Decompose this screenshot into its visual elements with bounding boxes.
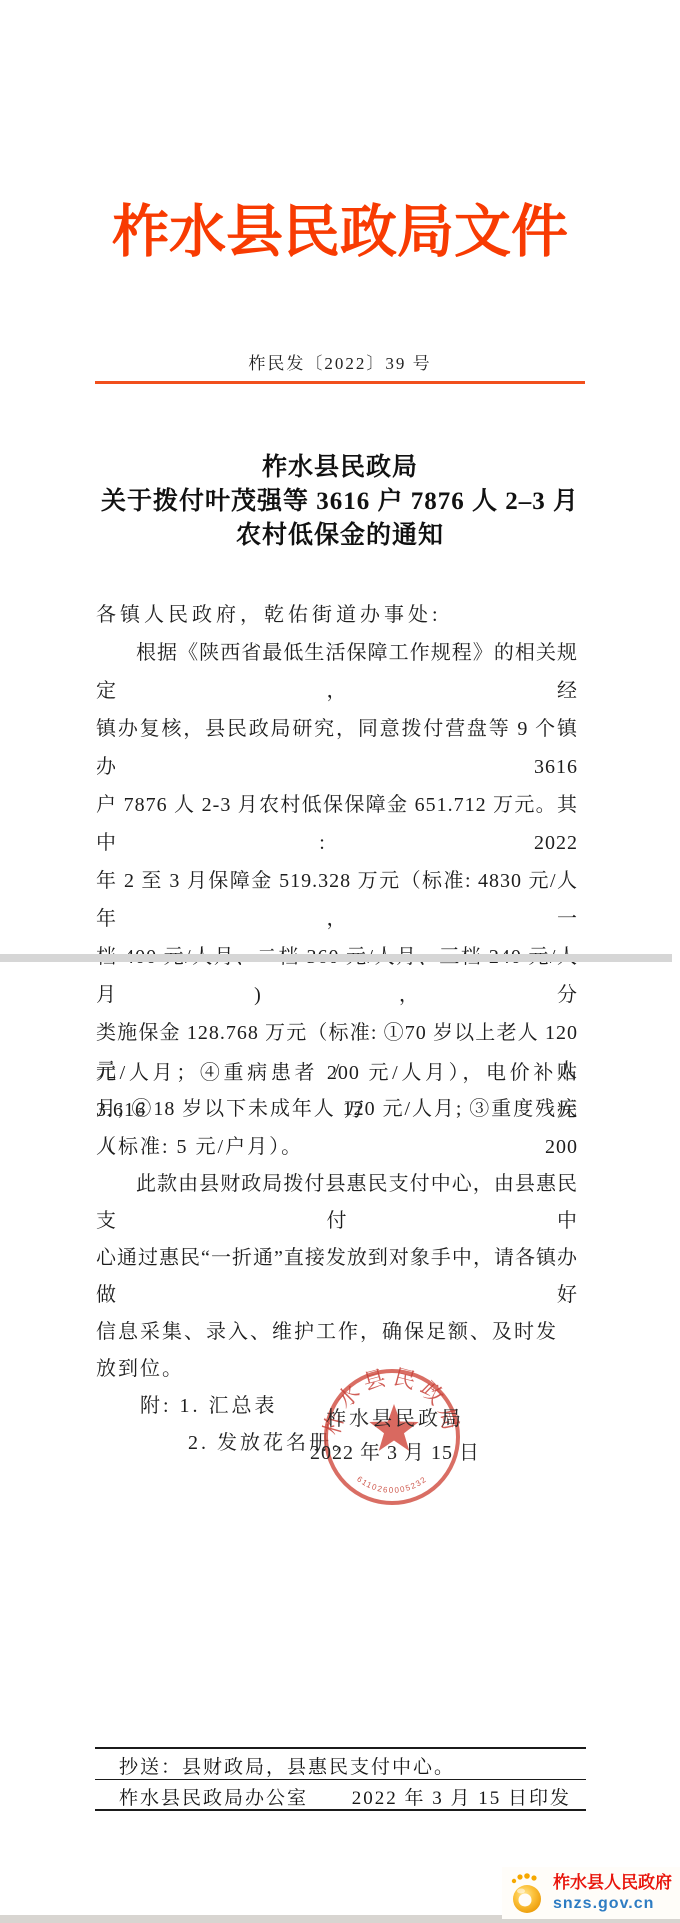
- gov-logo-foot-icon: [507, 1871, 547, 1917]
- body-line: 户 7876 人 2-3 月农村低保保障金 651.712 万元。其中: 202…: [96, 786, 578, 862]
- masthead-title: 柞水县民政局文件: [0, 186, 680, 268]
- seal-serial-number: 6110260005232: [355, 1475, 429, 1495]
- body-line: 档 400 元/人月、二档 360 元/人月、三档 240 元/人月)，分: [96, 938, 578, 1014]
- page-separator: [0, 954, 672, 962]
- site-domain[interactable]: snzs.gov.cn: [553, 1893, 672, 1914]
- document-title-line: 农村低保金的通知: [0, 519, 680, 553]
- body-line: 心通过惠民“一折通”直接发放到对象手中，请各镇办做好: [96, 1240, 578, 1314]
- body-line: 此款由县财政局拨付县惠民支付中心，由县惠民支付中: [96, 1166, 578, 1240]
- svg-text:6110260005232: 6110260005232: [355, 1475, 429, 1495]
- document-title-line: 柞水县民政局: [0, 451, 680, 485]
- document-title: 柞水县民政局 关于拨付叶茂强等 3616 户 7876 人 2–3 月 农村低保…: [0, 451, 680, 553]
- body-line: （标准: 5 元/户月）。: [96, 1129, 578, 1166]
- body-line: 根据《陕西省最低生活保障工作规程》的相关规定，经: [96, 634, 578, 710]
- document-title-line: 关于拨付叶茂强等 3616 户 7876 人 2–3 月: [0, 485, 680, 519]
- seal-date: 2022 年 3 月 15 日: [250, 1436, 540, 1465]
- body-line: 镇办复核，县民政局研究，同意拨付营盘等 9 个镇办 3616: [96, 710, 578, 786]
- print-date: 2022 年 3 月 15 日印发: [95, 1783, 571, 1810]
- site-badge[interactable]: 柞水县人民政府 snzs.gov.cn: [502, 1867, 680, 1919]
- doc-number: 柞民发〔2022〕39 号: [0, 349, 680, 374]
- salutation-line: 各镇人民政府，乾佑街道办事处:: [96, 596, 578, 634]
- document-page: 柞水县民政局文件 柞民发〔2022〕39 号 柞水县民政局 关于拨付叶茂强等 3…: [0, 0, 680, 1923]
- footer-divider-bottom: [95, 1809, 586, 1811]
- footer-divider-top: [95, 1747, 586, 1749]
- body-line: 年 2 至 3 月保障金 519.328 万元（标准: 4830 元/人年，一: [96, 862, 578, 938]
- red-rule-divider: [95, 381, 585, 384]
- footer-divider-middle: [95, 1779, 586, 1780]
- cc-line: 抄送：县财政局，县惠民支付中心。: [119, 1752, 455, 1779]
- seal-org-name: 柞水县民政局: [250, 1402, 540, 1431]
- site-name: 柞水县人民政府: [553, 1872, 672, 1893]
- body-line: 元/人月；④重病患者 200 元/人月），电价补贴 3.616 万元: [96, 1055, 578, 1129]
